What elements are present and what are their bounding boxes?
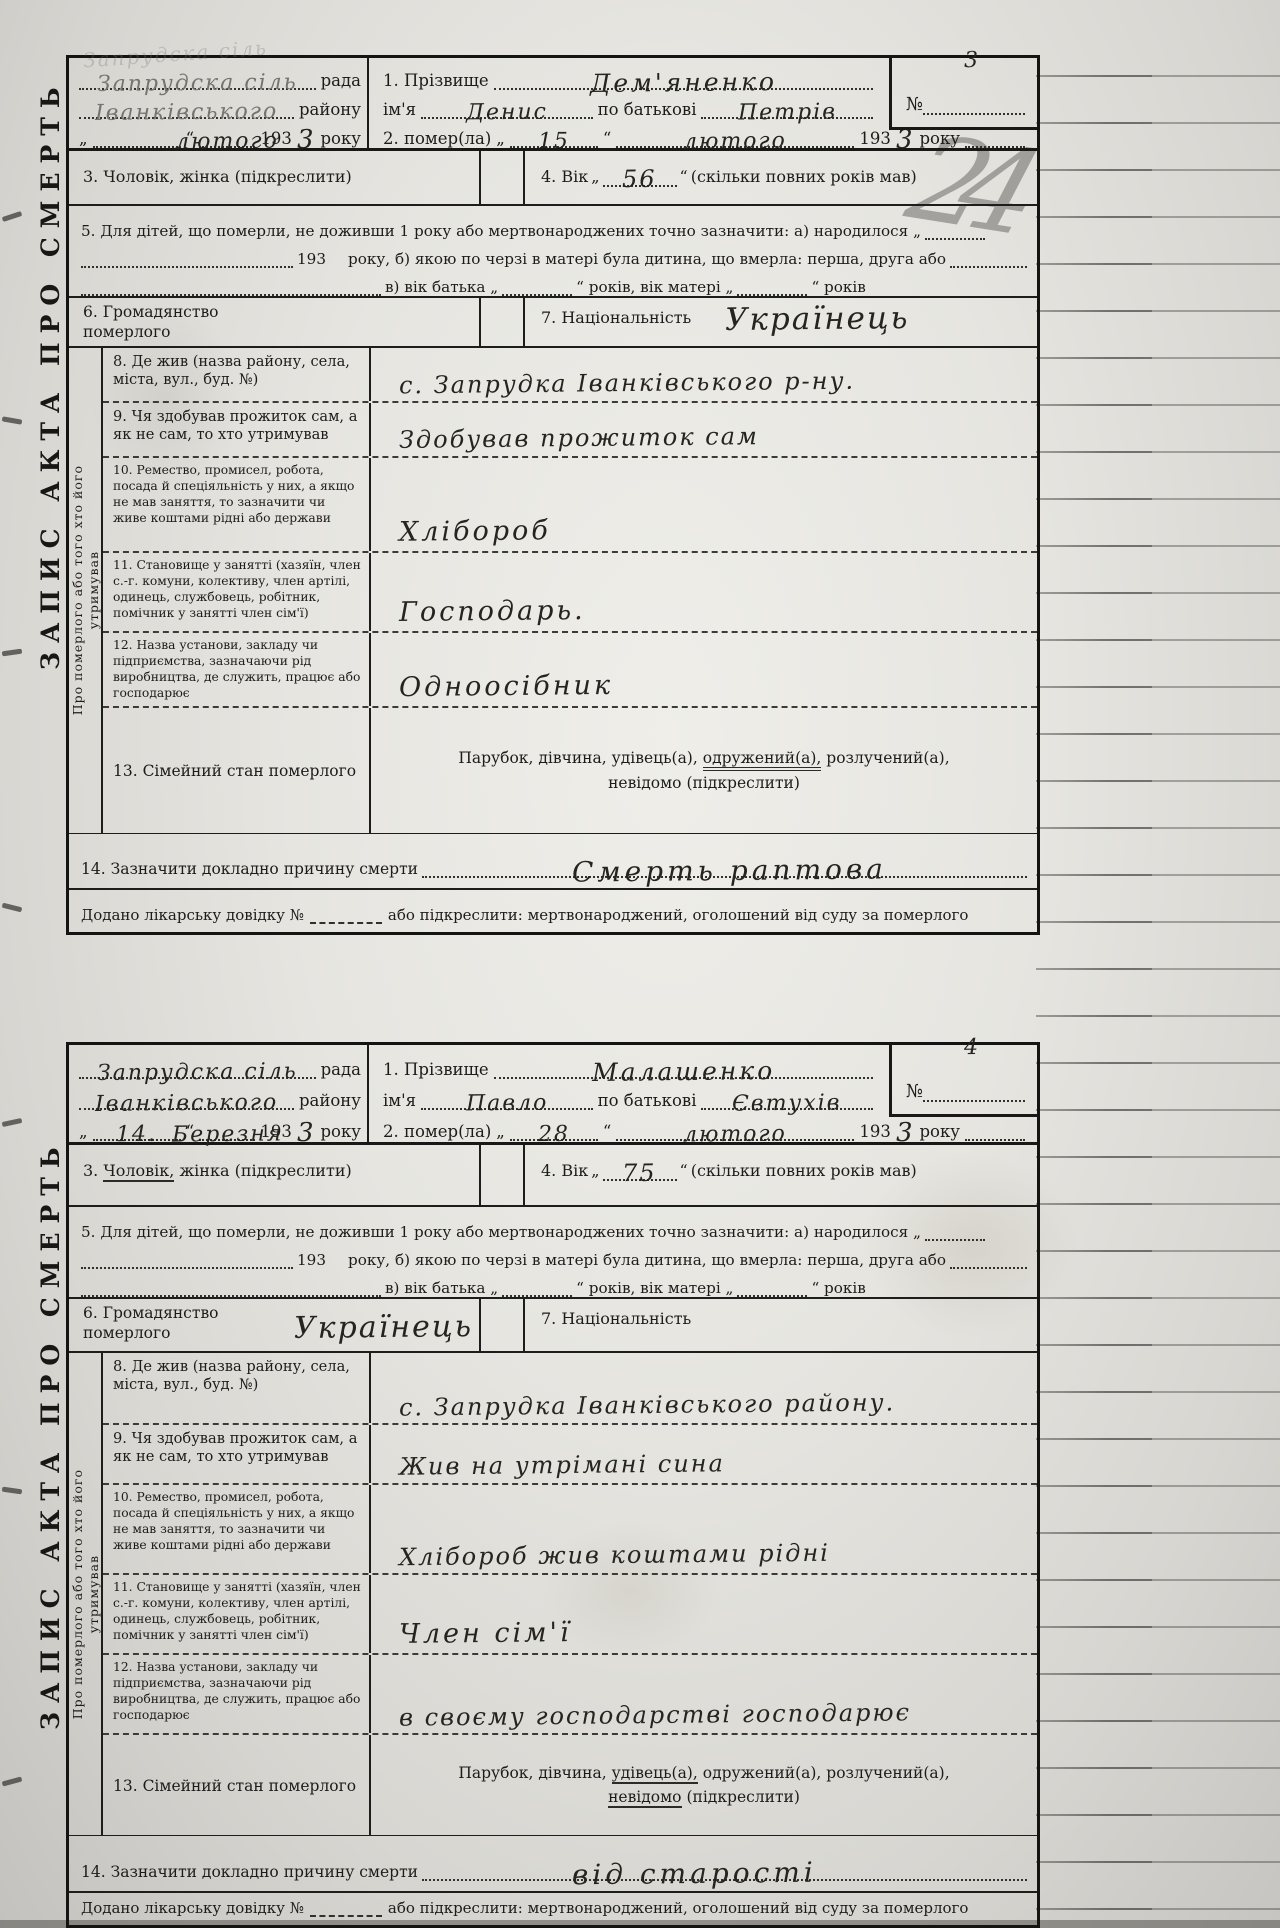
cause-handwriting: від старості [572, 1859, 817, 1890]
inner-label-line1: Про померлого або того хто його [70, 465, 85, 715]
cause-of-death-row: 14. Зазначити докладно причину смерти См… [69, 833, 1037, 890]
opt-unknown: невідомо [608, 774, 681, 792]
institution-handwriting: Одноосібник [399, 672, 613, 701]
side-label-act-of-death: ЗАПИС АКТА ПРО СМЕРТЬ [36, 200, 70, 670]
livelihood-row: 9. Чя здобував прожиток сам, а як не сам… [103, 403, 1037, 458]
death-day-handwriting: 28 [538, 1124, 570, 1146]
citizenship-nationality-row: 6. Громадянство померлого Українець 7. Н… [69, 1299, 1037, 1353]
marital-status-row: 13. Сімейний стан померлого Парубок, дів… [103, 1735, 1037, 1835]
mother-age-field [737, 294, 807, 296]
year-digit-handwriting: 3 [297, 1120, 316, 1146]
inner-vertical-label: Про померлого або того хто його утримува… [69, 348, 103, 833]
side-label-act-of-death: ЗАПИС АКТА ПРО СМЕРТЬ [36, 1260, 70, 1730]
q5-line2: 193року, б) якою по черзі в матері була … [81, 240, 1027, 268]
citizenship-nationality-row: 6. Громадянство померлого 7. Національні… [69, 298, 1037, 348]
printed-year-193: 193 [859, 1122, 891, 1141]
occupation-row: 10. Ремество, промисел, робота, посада й… [103, 1485, 1037, 1575]
residence-handwriting: с. Запрудка Іванківського р-ну. [399, 369, 855, 398]
trailing-dots [965, 146, 1025, 148]
age-question: 4. Вік „ 75 “ (скільки повних років мав) [525, 1145, 1037, 1205]
q5-text3b: “ років, вік матері „ [576, 278, 733, 296]
inner-label-line2: утримував [86, 1555, 101, 1633]
question-rows: 8. Де жив (назва району, села, міста, ву… [103, 348, 1037, 833]
residence-handwriting: с. Запрудка Іванківського району. [399, 1390, 895, 1419]
roku-label: року [919, 1122, 960, 1141]
opt-unknown: невідомо [608, 1788, 681, 1808]
opt-single: Парубок, дівчина, [458, 749, 606, 767]
livelihood-row: 9. Чя здобував прожиток сам, а як не сам… [103, 1425, 1037, 1485]
livelihood-label: 9. Чя здобував прожиток сам, а як не сам… [103, 1425, 371, 1483]
mother-age-field [737, 1295, 807, 1297]
cause-label: 14. Зазначити докладно причину смерти [81, 860, 418, 878]
reg-month-field: Березня [199, 1124, 255, 1141]
quote-open: „ [591, 1161, 599, 1180]
patronymic-handwriting: Петрів [738, 101, 837, 124]
footer-text-a: Додано лікарську довідку № [81, 906, 304, 924]
blank-dots [925, 238, 985, 240]
blank-dots [925, 1239, 985, 1241]
nationality-label: 7. Національність [541, 308, 691, 327]
death-day-field: 28 [510, 1124, 598, 1141]
death-record-form-1: ЗАПИС АКТА ПРО СМЕРТЬ 24 Запрудска сіль … [36, 55, 1040, 935]
form-header: Запрудска сіль Запрудска сіль рада Іванк… [69, 58, 1037, 151]
inner-label-line2: утримував [86, 551, 101, 629]
citizenship-question: 6. Громадянство померлого Українець [69, 1299, 481, 1351]
citizenship-question: 6. Громадянство померлого [69, 298, 481, 346]
age-field: 75 [603, 1161, 677, 1181]
surname-field: Дем'яненко [494, 70, 873, 90]
divider-cell [481, 1299, 525, 1351]
rada-label: рада [321, 1060, 361, 1079]
marital-options-line1: Парубок, дівчина, удівець(а), одружений(… [458, 1761, 949, 1785]
underline-note: (підкреслити) [686, 1788, 799, 1806]
question-rows: 8. Де жив (назва району, села, міста, ву… [103, 1353, 1037, 1835]
institution-row: 12. Назва установи, закладу чи підприємс… [103, 1655, 1037, 1735]
q3-number: 3. [83, 167, 103, 186]
marital-status-options: Парубок, дівчина, удівець(а), одружений(… [371, 708, 1037, 833]
residence-row: 8. Де жив (назва району, села, міста, ву… [103, 348, 1037, 403]
cause-label: 14. Зазначити докладно причину смерти [81, 1863, 418, 1881]
surname-field: Малашенко [494, 1059, 873, 1079]
blank-dots [950, 266, 1027, 268]
record-number-handwriting: 4 [964, 1037, 980, 1059]
patronymic-label: по батькові [598, 100, 697, 119]
quote-open: „ [591, 167, 599, 186]
surname-handwriting: Малашенко [592, 1058, 776, 1085]
opt-widower: удівець(а), [612, 1764, 698, 1784]
blank-dots [950, 1267, 1027, 1269]
record-number-box: № 3 [889, 58, 1037, 130]
opt-widower: удівець(а), [612, 749, 698, 767]
reg-day-field [93, 146, 181, 148]
reg-month-field: лютого [199, 131, 255, 148]
infant-death-details-row: 5. Для дітей, що померли, не доживши 1 р… [69, 1207, 1037, 1299]
name-field: Денис [421, 102, 593, 119]
divider-cell [481, 1145, 525, 1205]
position-answer: Член сім'ї [371, 1575, 1037, 1653]
death-month-handwriting: лютого [683, 1123, 787, 1146]
sex-question: 3. Чоловік, жінка (підкреслити) [69, 1145, 481, 1205]
footer-text-b: або підкреслити: мертвонароджений, оголо… [388, 1899, 969, 1917]
quote-close: “ [603, 129, 611, 148]
nationality-handwriting: Українець [725, 303, 910, 336]
header-left: Запрудска сіль Запрудска сіль рада Іванк… [69, 58, 369, 148]
underline-note: (підкреслити) [686, 774, 799, 792]
medical-certificate-footer: Додано лікарську довідку № або підкресли… [69, 890, 1037, 932]
q5-text2: року, б) якою по черзі в матері була дит… [348, 1251, 946, 1269]
cause-field: від старості [422, 1860, 1027, 1881]
age-handwriting: 75 [622, 1161, 657, 1185]
quote-open: „ [79, 129, 88, 148]
surname-line: 1. Прізвище Малашенко [383, 1048, 873, 1079]
q5-line1: 5. Для дітей, що померли, не доживши 1 р… [81, 1213, 1027, 1241]
death-day-handwriting: 15 [538, 131, 570, 153]
trailing-dots [965, 1139, 1025, 1141]
occupation-handwriting: Хлібороб [399, 517, 551, 546]
blank-dots [81, 266, 293, 268]
livelihood-label: 9. Чя здобував прожиток сам, а як не сам… [103, 403, 371, 456]
blank-dots [81, 1295, 381, 1297]
form-header: Запрудска сіль рада Іванківського району… [69, 1045, 1037, 1145]
position-row: 11. Становище у занятті (хазяїн, член с.… [103, 1575, 1037, 1655]
position-answer: Господарь. [371, 553, 1037, 631]
residence-label: 8. Де жив (назва району, села, міста, ву… [103, 1353, 371, 1423]
patronymic-field: Петрів [701, 102, 873, 119]
rayon-label: району [299, 100, 361, 119]
residence-answer: с. Запрудка Іванківського району. [371, 1353, 1037, 1423]
reg-month-handwriting: Березня [171, 1123, 283, 1146]
q5-line3: в) вік батька „“ років, вік матері „“ ро… [81, 1269, 1027, 1297]
position-label: 11. Становище у занятті (хазяїн, член с.… [103, 1575, 371, 1653]
roku-label: року [320, 129, 361, 148]
q3-number: 3. [83, 1161, 103, 1180]
name-label: ім'я [383, 1091, 416, 1110]
marital-options-line2: невідомо (підкреслити) [608, 771, 800, 795]
occupation-answer: Хлібороб [371, 458, 1037, 551]
divider-cell [481, 151, 525, 204]
institution-label: 12. Назва установи, закладу чи підприємс… [103, 633, 371, 706]
year-digit-handwriting: 3 [896, 1120, 915, 1146]
village-field: Запрудска сіль [79, 1062, 316, 1079]
patronymic-label: по батькові [598, 1091, 697, 1110]
district-handwriting: Іванківського [95, 101, 278, 125]
inner-label-line1: Про померлого або того хто його [70, 1469, 85, 1719]
printed-year-193: 193 [297, 1251, 326, 1269]
quote-close: “ [680, 167, 688, 186]
nationality-question: 7. Національність [525, 1299, 1037, 1351]
age-field: 56 [603, 167, 677, 187]
died-label: 2. помер(ла) [383, 1122, 491, 1141]
cause-of-death-row: 14. Зазначити докладно причину смерти ві… [69, 1835, 1037, 1893]
village-handwriting: Запрудска сіль [97, 72, 298, 96]
residence-label: 8. Де жив (назва району, села, міста, ву… [103, 348, 371, 401]
village-field: Запрудска сіль [79, 73, 316, 90]
age-label: 4. Вік [541, 167, 588, 186]
age-hint: (скільки повних років мав) [691, 167, 917, 186]
header-left: Запрудска сіль рада Іванківського району… [69, 1045, 369, 1142]
year-digit-handwriting: 3 [896, 127, 915, 153]
age-label: 4. Вік [541, 1161, 588, 1180]
livelihood-answer: Здобував прожиток сам [371, 403, 1037, 456]
printed-year-193: 193 [859, 129, 891, 148]
certificate-number-field [310, 910, 382, 924]
institution-answer: в своєму господарстві господарює [371, 1655, 1037, 1733]
q5-line1: 5. Для дітей, що померли, не доживши 1 р… [81, 212, 1027, 240]
district-handwriting: Іванківського [95, 1092, 278, 1116]
position-handwriting: Член сім'ї [399, 1619, 572, 1648]
died-label: 2. помер(ла) [383, 129, 491, 148]
record-number-handwriting: 3 [964, 50, 980, 72]
opt-divorced: розлучений(а), [826, 749, 949, 767]
livelihood-handwriting: Жив на утрімані сина [399, 1451, 725, 1478]
q5-text3b: “ років, вік матері „ [576, 1279, 733, 1297]
quote-close: “ [603, 1122, 611, 1141]
q3-rest: жінка (підкреслити) [174, 167, 351, 186]
sex-and-age-row: 3. Чоловік, жінка (підкреслити) 4. Вік „… [69, 151, 1037, 206]
q5-text3a: в) вік батька „ [385, 1279, 498, 1297]
record-number-field [923, 1100, 1025, 1102]
occupation-answer: Хлібороб жив коштами рідні [371, 1485, 1037, 1573]
q5-text3c: “ років [811, 278, 865, 296]
death-month-handwriting: лютого [683, 130, 787, 153]
occupation-handwriting: Хлібороб жив коштами рідні [399, 1541, 830, 1570]
marital-status-label: 13. Сімейний стан померлого [103, 708, 371, 833]
deceased-details-block: Про померлого або того хто його утримува… [69, 348, 1037, 833]
marital-options-line1: Парубок, дівчина, удівець(а), одружений(… [458, 746, 949, 770]
village-council-line: Запрудска сіль рада [79, 1048, 361, 1079]
position-row: 11. Становище у занятті (хазяїн, член с.… [103, 553, 1037, 633]
district-field: Іванківського [79, 1093, 294, 1110]
quote-open: „ [496, 1122, 505, 1141]
father-age-field [502, 294, 572, 296]
medical-certificate-footer: Додано лікарську довідку № або підкресли… [69, 1893, 1037, 1925]
position-handwriting: Господарь. [399, 597, 586, 626]
institution-handwriting: в своєму господарстві господарює [399, 1700, 911, 1729]
name-handwriting: Павло [466, 1093, 549, 1116]
male-option: Чоловік, [103, 167, 174, 186]
deceased-details-block: Про померлого або того хто його утримува… [69, 1353, 1037, 1835]
certificate-number-field [310, 1903, 382, 1917]
village-handwriting: Запрудска сіль [97, 1061, 298, 1085]
district-field: Іванківського [79, 102, 294, 119]
rayon-label: району [299, 1091, 361, 1110]
patronymic-handwriting: Євтухів [732, 1092, 842, 1115]
blank-dots [81, 294, 381, 296]
opt-married: одружений(а), [703, 749, 822, 771]
q5-line3: в) вік батька „“ років, вік матері „“ ро… [81, 268, 1027, 296]
q5-text2: року, б) якою по черзі в матері була дит… [348, 250, 946, 268]
year-digit-handwriting: 3 [297, 127, 316, 153]
occupation-label: 10. Ремество, промисел, робота, посада й… [103, 458, 371, 551]
marital-status-label: 13. Сімейний стан померлого [103, 1735, 371, 1835]
institution-label: 12. Назва установи, закладу чи підприємс… [103, 1655, 371, 1733]
quote-open: „ [79, 1122, 88, 1141]
q5-text1: 5. Для дітей, що померли, не доживши 1 р… [81, 1223, 921, 1241]
citizenship-handwriting: Українець [294, 1312, 473, 1352]
number-sign-label: № [906, 1081, 923, 1102]
nationality-question: 7. Національність Українець [525, 298, 1037, 346]
q5-line2: 193року, б) якою по черзі в матері була … [81, 1241, 1027, 1269]
marital-options-line2: невідомо (підкреслити) [608, 1785, 800, 1809]
marital-status-options: Парубок, дівчина, удівець(а), одружений(… [371, 1735, 1037, 1835]
death-record-form-2: ЗАПИС АКТА ПРО СМЕРТЬ Запрудска сіль рад… [36, 1042, 1040, 1928]
reg-month-handwriting: лютого [175, 130, 279, 153]
adjacent-page-ruling-dark [1036, 30, 1152, 1928]
printed-year-193: 193 [297, 250, 326, 268]
father-age-field [502, 1295, 572, 1297]
sex-question: 3. Чоловік, жінка (підкреслити) [69, 151, 481, 204]
cause-field: Смерть раптова [422, 857, 1027, 878]
q5-text1: 5. Для дітей, що померли, не доживши 1 р… [81, 222, 921, 240]
residence-row: 8. Де жив (назва району, села, міста, ву… [103, 1353, 1037, 1425]
name-field: Павло [421, 1093, 593, 1110]
institution-row: 12. Назва установи, закладу чи підприємс… [103, 633, 1037, 708]
form-border: Запрудска сіль Запрудска сіль рада Іванк… [66, 55, 1040, 935]
divider-cell [481, 298, 525, 346]
q5-text3c: “ років [811, 1279, 865, 1297]
q5-text3a: в) вік батька „ [385, 278, 498, 296]
residence-answer: с. Запрудка Іванківського р-ну. [371, 348, 1037, 401]
death-day-field: 15 [510, 131, 598, 148]
reg-day-handwriting: 14. [116, 1124, 157, 1146]
record-number-field [923, 113, 1025, 115]
death-month-field: лютого [616, 1124, 854, 1141]
cause-handwriting: Смерть раптова [572, 855, 887, 886]
quote-open: „ [496, 129, 505, 148]
death-month-field: лютого [616, 131, 854, 148]
quote-close: “ [680, 1161, 688, 1180]
opt-married: одружений(а), [703, 1764, 822, 1782]
q3-rest: жінка (підкреслити) [174, 1161, 351, 1180]
citizenship-label: 6. Громадянство померлого [83, 302, 258, 346]
reg-day-field: 14. [93, 1124, 181, 1141]
number-sign-label: № [906, 94, 923, 115]
roku-label: року [320, 1122, 361, 1141]
occupation-label: 10. Ремество, промисел, робота, посада й… [103, 1485, 371, 1573]
institution-answer: Одноосібник [371, 633, 1037, 706]
position-label: 11. Становище у занятті (хазяїн, член с.… [103, 553, 371, 631]
footer-text-a: Додано лікарську довідку № [81, 1899, 304, 1917]
infant-death-details-row: 5. Для дітей, що померли, не доживши 1 р… [69, 206, 1037, 298]
surname-label: 1. Прізвище [383, 1060, 489, 1079]
surname-line: 1. Прізвище Дем'яненко [383, 61, 873, 90]
age-hint: (скільки повних років мав) [691, 1161, 917, 1180]
name-handwriting: Денис [466, 102, 548, 125]
nationality-label: 7. Національність [541, 1309, 691, 1328]
form-border: Запрудска сіль рада Іванківського району… [66, 1042, 1040, 1928]
marital-status-row: 13. Сімейний стан померлого Парубок, дів… [103, 708, 1037, 833]
occupation-row: 10. Ремество, промисел, робота, посада й… [103, 458, 1037, 553]
footer-text-b: або підкреслити: мертвонароджений, оголо… [388, 906, 969, 924]
sex-and-age-row: 3. Чоловік, жінка (підкреслити) 4. Вік „… [69, 1145, 1037, 1207]
name-label: ім'я [383, 100, 416, 119]
roku-label: року [919, 129, 960, 148]
surname-label: 1. Прізвище [383, 71, 489, 90]
rada-label: рада [321, 71, 361, 90]
opt-divorced: розлучений(а), [826, 1764, 949, 1782]
livelihood-handwriting: Здобував прожиток сам [399, 424, 759, 452]
age-handwriting: 56 [622, 167, 657, 191]
blank-dots [81, 1267, 293, 1269]
age-question: 4. Вік „ 56 “ (скільки повних років мав) [525, 151, 1037, 204]
patronymic-field: Євтухів [701, 1093, 873, 1110]
inner-vertical-label: Про померлого або того хто його утримува… [69, 1353, 103, 1835]
male-option: Чоловік, [103, 1161, 174, 1182]
citizenship-label: 6. Громадянство померлого [83, 1303, 254, 1351]
livelihood-answer: Жив на утрімані сина [371, 1425, 1037, 1483]
surname-handwriting: Дем'яненко [590, 69, 777, 96]
opt-single: Парубок, дівчина, [458, 1764, 606, 1782]
record-number-box: № 4 [889, 1045, 1037, 1117]
